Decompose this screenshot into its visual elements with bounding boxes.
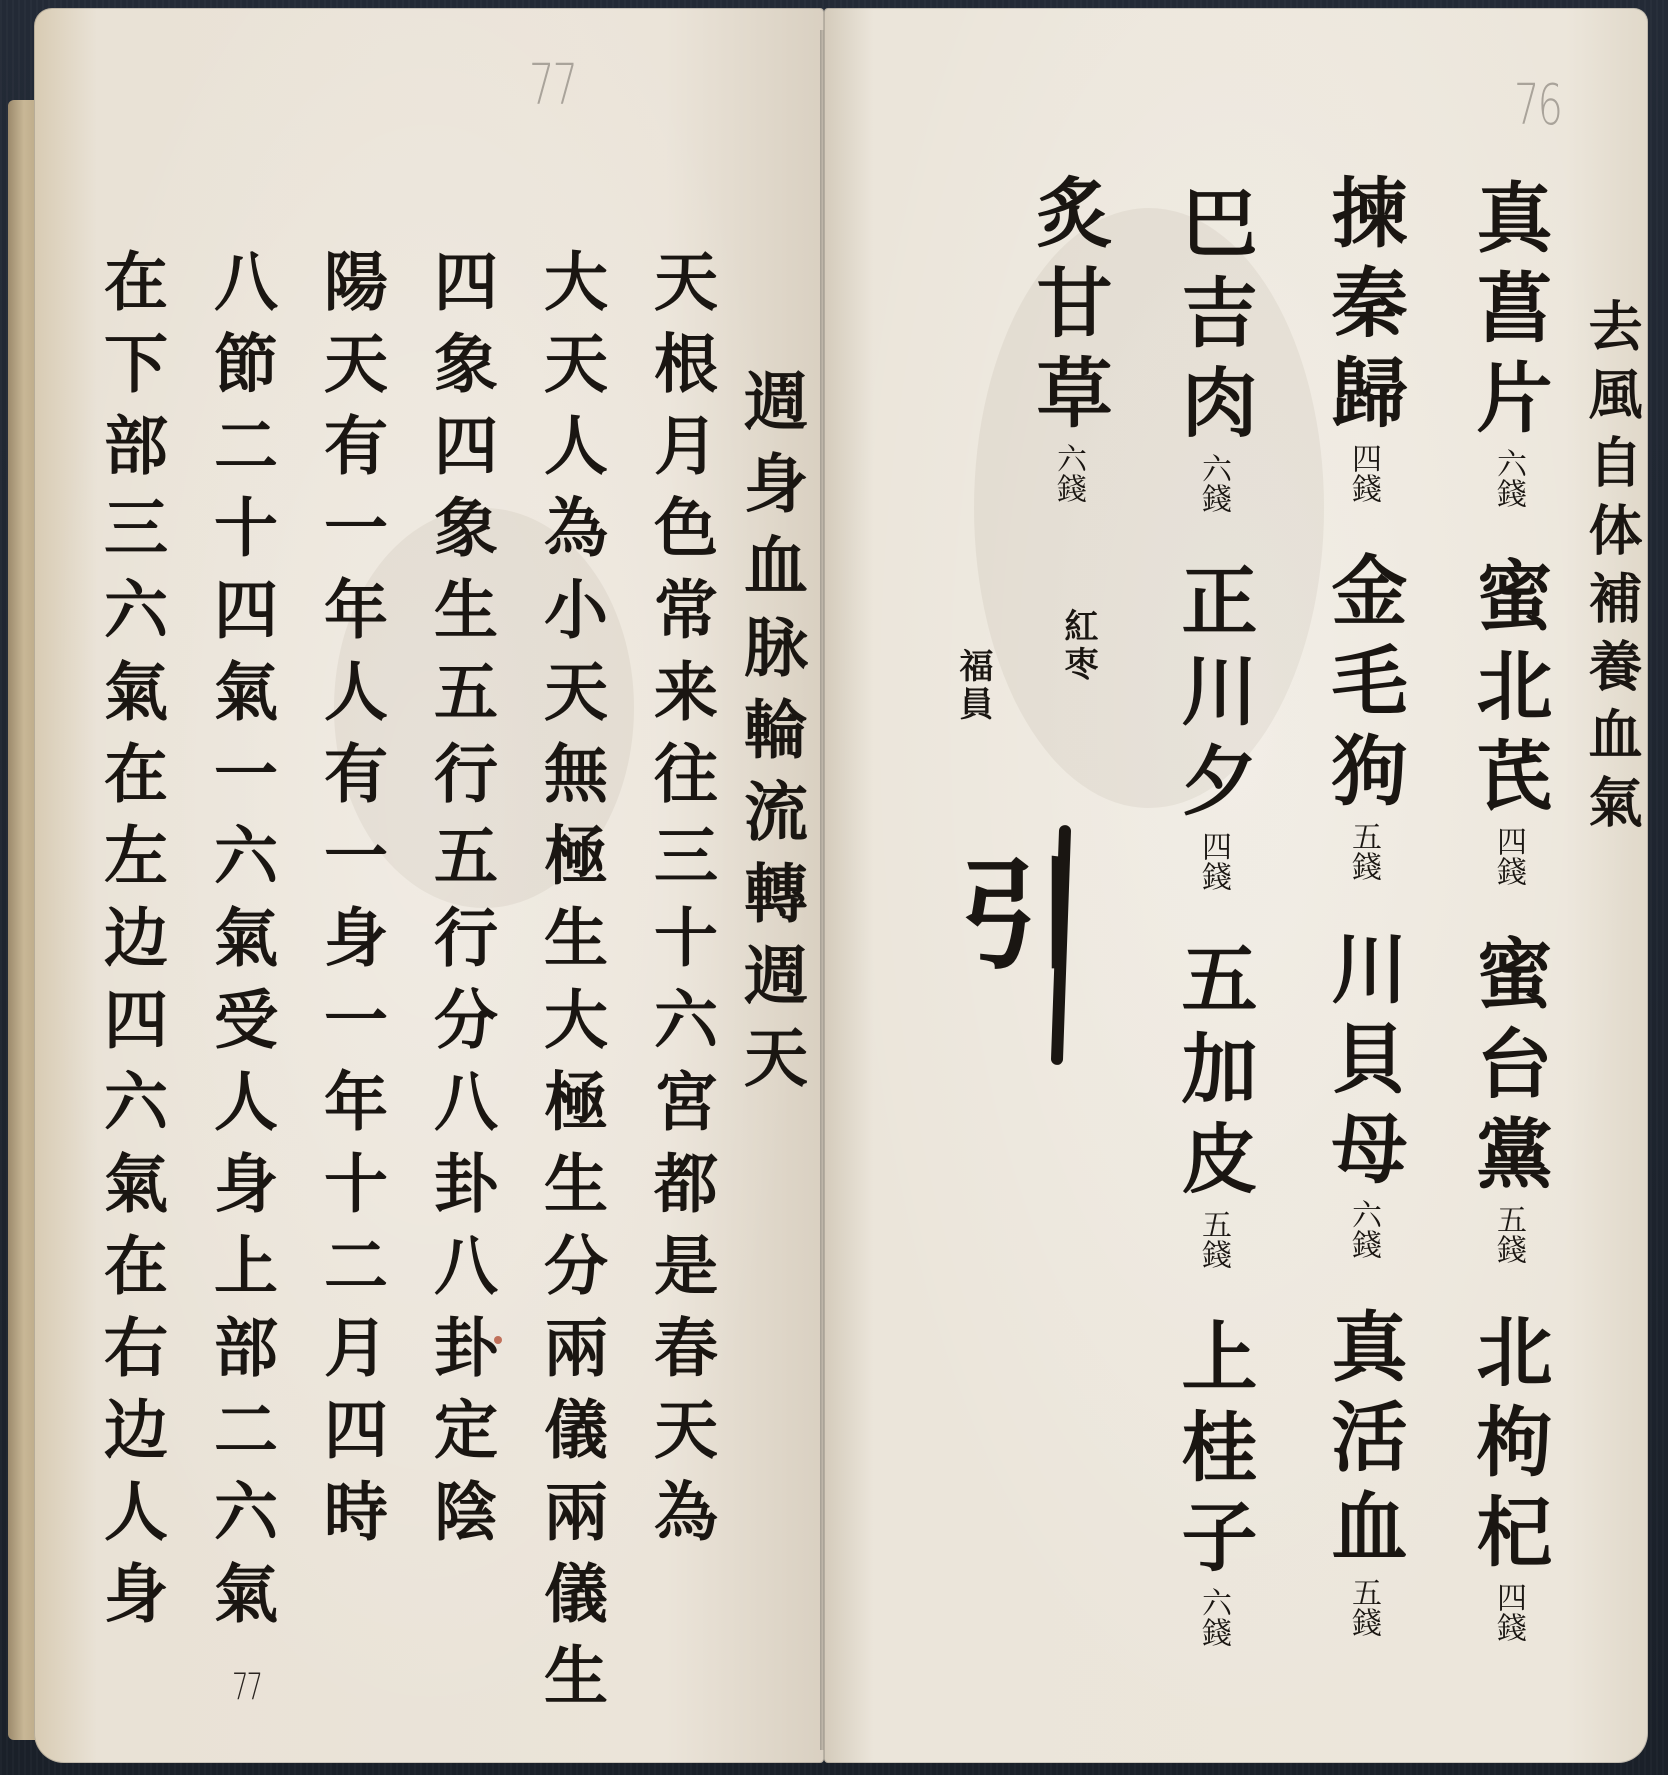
herb-dose: 六錢 xyxy=(1486,448,1530,508)
left-column-4: 陽天有一年人有一身一年十二月四時 xyxy=(304,248,396,1560)
prescription-column-4: 炙甘草六錢 xyxy=(1014,173,1123,551)
prescription-column-3: 巴吉肉六錢正川夕四錢五加皮五錢上桂子六錢 xyxy=(1159,183,1268,1695)
prescription-column-1: 真菖片六錢蜜北芪四錢蜜台黨五錢北枸杞四錢 xyxy=(1454,178,1563,1690)
herb-dose: 四錢 xyxy=(1486,1582,1530,1642)
herb-name: 川貝母 xyxy=(1309,929,1418,1199)
left-page: 77 週身血脉輪流轉週天 天根月色常来往三十六宮都是春天為 大天人為小天無極生大… xyxy=(34,8,824,1763)
adjunct-red-dates: 紅枣 xyxy=(1054,608,1103,684)
herb-name: 五加皮 xyxy=(1159,939,1268,1209)
left-footer-number: 77 xyxy=(232,1667,261,1709)
right-page-number: 76 xyxy=(1514,74,1561,138)
herb-name: 蜜台黨 xyxy=(1454,934,1563,1204)
herb-dose: 六錢 xyxy=(1046,443,1090,503)
herb-name: 蜜北芪 xyxy=(1454,556,1563,826)
herb-dose: 六錢 xyxy=(1341,1199,1385,1259)
herb-dose: 四錢 xyxy=(1486,826,1530,886)
left-column-1: 天根月色常来往三十六宮都是春天為 xyxy=(634,248,726,1560)
right-page: 76 去風自体補養血氣 真菖片六錢蜜北芪四錢蜜台黨五錢北枸杞四錢 揀秦歸四錢金毛… xyxy=(824,8,1648,1763)
prescription-title: 去風自体補養血氣 xyxy=(1574,298,1651,842)
prescription-column-2: 揀秦歸四錢金毛狗五錢川貝母六錢真活血五錢 xyxy=(1309,173,1418,1685)
herb-name: 上桂子 xyxy=(1159,1317,1268,1587)
herb-dose: 五錢 xyxy=(1341,1577,1385,1637)
left-column-2: 大天人為小天無極生大極生分兩儀兩儀生 xyxy=(524,248,616,1724)
herb-dose: 五錢 xyxy=(1341,821,1385,881)
red-ink-spot xyxy=(494,1336,502,1344)
adjunct-longan: 福員 xyxy=(949,648,998,724)
herb-dose: 四錢 xyxy=(1191,831,1235,891)
herb-name: 真活血 xyxy=(1309,1307,1418,1577)
herb-dose: 五錢 xyxy=(1486,1204,1530,1264)
left-heading: 週身血脉輪流轉週天 xyxy=(724,368,816,1106)
herb-name: 巴吉肉 xyxy=(1159,183,1268,453)
herb-name: 真菖片 xyxy=(1454,178,1563,448)
left-column-3: 四象四象生五行五行分八卦八卦定陰 xyxy=(414,248,506,1560)
herb-name: 正川夕 xyxy=(1159,561,1268,831)
herb-name: 金毛狗 xyxy=(1309,551,1418,821)
herb-dose: 六錢 xyxy=(1191,1587,1235,1647)
left-column-5: 八節二十四氣一六氣受人身上部二六氣 xyxy=(194,248,286,1642)
herb-dose: 四錢 xyxy=(1341,443,1385,503)
herb-name: 炙甘草 xyxy=(1014,173,1123,443)
herb-name: 北枸杞 xyxy=(1454,1312,1563,1582)
herb-name: 揀秦歸 xyxy=(1309,173,1418,443)
herb-dose: 五錢 xyxy=(1191,1209,1235,1269)
left-page-number: 77 xyxy=(529,54,576,118)
herb-dose: 六錢 xyxy=(1191,453,1235,513)
left-column-6: 在下部三六氣在左边四六氣在右边人身 xyxy=(84,248,176,1642)
